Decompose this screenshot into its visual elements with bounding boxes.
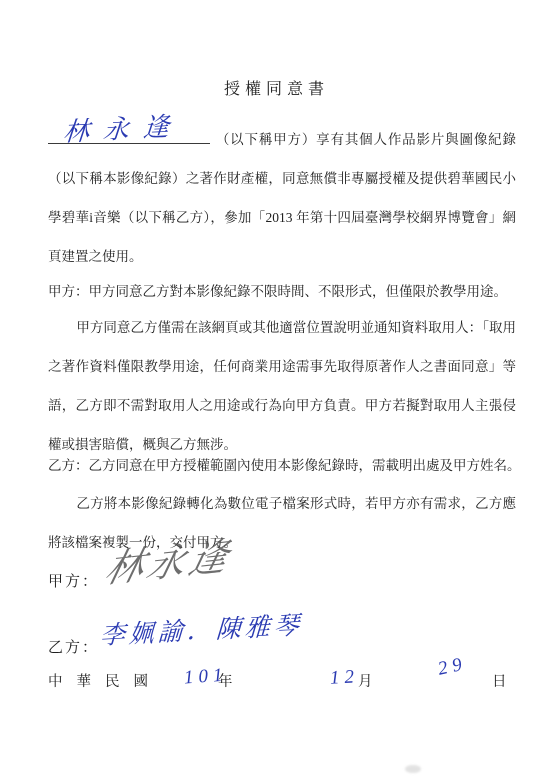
party-a-handwritten-name: 林永逢 xyxy=(62,114,184,146)
intro-paragraph-text: （以下稱甲方）享有其個人作品影片與圖像紀錄（以下稱本影像紀錄）之著作財產權，同意… xyxy=(48,132,516,264)
party-b-label: 乙方： xyxy=(48,632,99,657)
party-a-label: 甲方： xyxy=(48,566,99,591)
party-b-signature-scrawl: 李姵諭．陳雅琴 xyxy=(99,611,303,652)
date-year-unit: 年 xyxy=(218,670,233,691)
scanned-authorization-document: 授權同意書 林永逢（以下稱甲方）享有其個人作品影片與圖像紀錄（以下稱本影像紀錄）… xyxy=(0,0,553,782)
date-month-unit: 月 xyxy=(358,670,373,691)
party-a-name-signature-line: 林永逢 xyxy=(48,128,210,144)
clause-party-a-2: 甲方同意乙方僅需在該網頁或其他適當位置說明並通知資料取用人：「取用之著作資料僅限… xyxy=(48,308,516,464)
date-day-unit: 日 xyxy=(492,670,507,691)
date-line: 中華民國 101 年 12 月 29 日 xyxy=(0,664,553,698)
clause-party-b-1: 乙方：乙方同意在甲方授權範圍內使用本影像紀錄時，需載明出處及甲方姓名。 xyxy=(48,446,516,485)
clause-party-a-1: 甲方：甲方同意乙方對本影像紀錄不限時間、不限形式，但僅限於教學用途。 xyxy=(48,272,516,311)
document-title: 授權同意書 xyxy=(0,76,553,99)
party-a-signature-row: 甲方： 林永逢 xyxy=(48,566,508,616)
date-day-handwritten: 29 xyxy=(436,653,469,681)
date-month-handwritten: 12 xyxy=(329,666,359,689)
intro-paragraph: 林永逢（以下稱甲方）享有其個人作品影片與圖像紀錄（以下稱本影像紀錄）之著作財產權… xyxy=(48,120,516,276)
scan-smudge-artifact xyxy=(405,765,421,773)
date-era-label: 中華民國 xyxy=(48,670,162,691)
